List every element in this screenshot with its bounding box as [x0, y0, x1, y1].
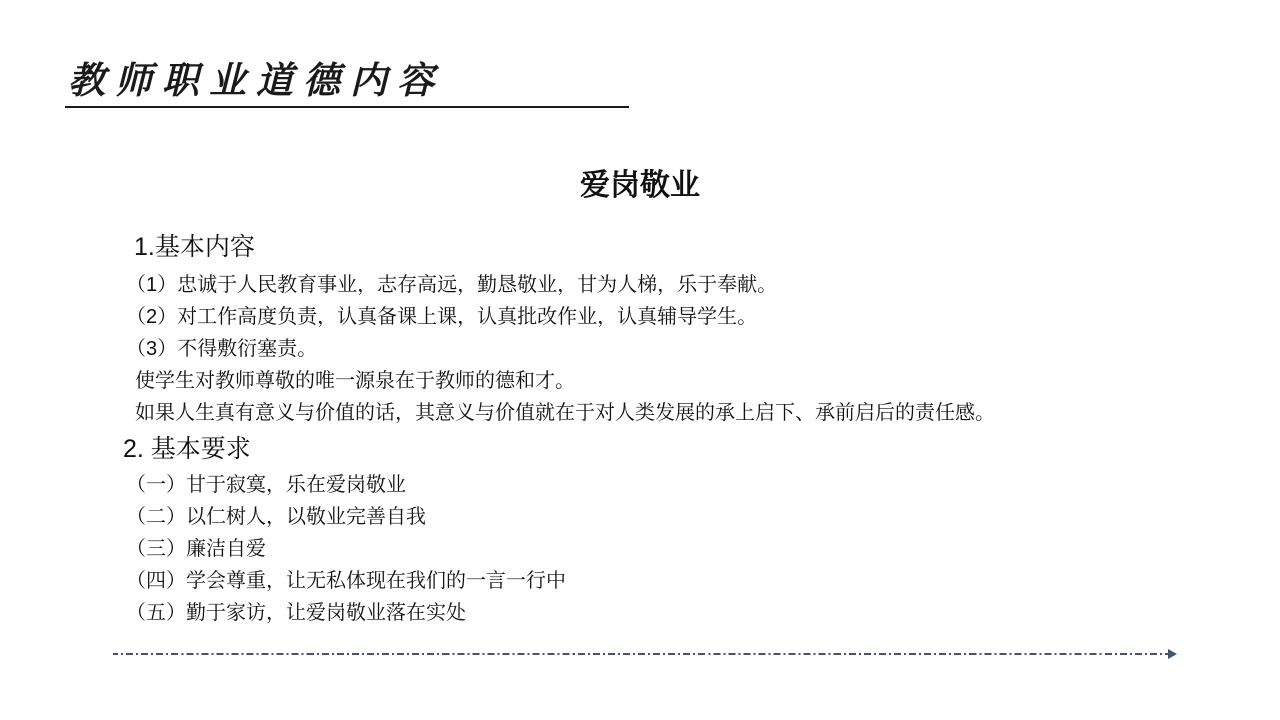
- part2-item-2: （二）以仁树人，以敬业完善自我: [126, 503, 426, 531]
- part1-heading: 1.基本内容: [134, 231, 255, 263]
- slide-title: 教师职业道德内容: [68, 56, 444, 104]
- part2-item-4: （四）学会尊重，让无私体现在我们的一言一行中: [126, 567, 566, 595]
- part1-item-3: （3）不得敷衍塞责。: [126, 335, 317, 363]
- part2-item-1: （一）甘于寂寞，乐在爱岗敬业: [126, 471, 406, 499]
- part2-item-3: （三）廉洁自爱: [126, 535, 266, 563]
- section-heading: 爱岗敬业: [0, 166, 1280, 206]
- part2-heading: 2. 基本要求: [123, 433, 251, 465]
- title-underline: [65, 106, 629, 108]
- part1-item-1: （1）忠诚于人民教育事业，志存高远，勤恳敬业，甘为人梯，乐于奉献。: [126, 271, 777, 299]
- part2-item-5: （五）勤于家访，让爱岗敬业落在实处: [126, 599, 466, 627]
- arrow-right-icon: [1168, 649, 1177, 659]
- dash-dot-divider: [113, 653, 1168, 655]
- part1-note-2: 如果人生真有意义与价值的话，其意义与价值就在于对人类发展的承上启下、承前启后的责…: [135, 399, 995, 427]
- part1-item-2: （2）对工作高度负责，认真备课上课，认真批改作业，认真辅导学生。: [126, 303, 757, 331]
- part1-note-1: 使学生对教师尊敬的唯一源泉在于教师的德和才。: [135, 367, 575, 395]
